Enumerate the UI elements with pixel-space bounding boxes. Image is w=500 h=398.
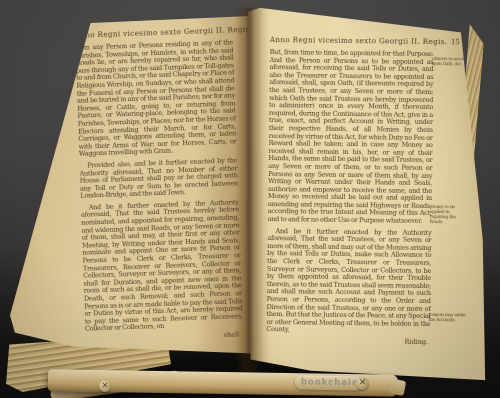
right-paragraph: And be it further enacted by the Authori… (266, 228, 431, 336)
right-catchword: Riding. (266, 336, 430, 346)
right-running-header: Anno Regni vicesimo sexto Georgii II. Re… (270, 35, 434, 46)
left-paragraph: Provided also, and be it further enacted… (79, 157, 238, 200)
left-running-header: Anno Regni vicesimo sexto Georgii II. Re… (75, 25, 233, 40)
left-paragraph: from any Person or Persons residing in a… (75, 39, 237, 158)
screw-cross-glyph: ✕ (359, 379, 367, 388)
photo-of-open-book-on-stand: 14 Anno Regni vicesimo sexto Georgii II.… (0, 0, 500, 398)
margin-note: Officers to account upon Oath, &c. (432, 57, 470, 67)
margin-note: Justices may settle the Accounts. (428, 313, 466, 323)
left-page: 14 Anno Regni vicesimo sexto Georgii II.… (10, 16, 254, 364)
bookstand-bar-end-cap (389, 378, 407, 396)
screw-cross-glyph: ✕ (102, 382, 109, 390)
right-page-number: 15 (451, 38, 460, 46)
left-page-number: 14 (59, 44, 68, 52)
margin-note: Money to be applied in repairing the Roa… (430, 205, 468, 225)
brand-plate: bookchair (295, 375, 363, 390)
right-page-text: 15 Anno Regni vicesimo sexto Georgii II.… (266, 35, 434, 346)
right-paragraph: But, from time to time, be appointed for… (268, 49, 434, 226)
right-page: 15 Anno Regni vicesimo sexto Georgii II.… (248, 6, 490, 382)
left-paragraph: And be it further enacted by the Authori… (81, 199, 243, 334)
brand-label: bookchair (301, 378, 358, 389)
left-page-text: 14 Anno Regni vicesimo sexto Georgii II.… (75, 25, 244, 343)
screw-icon: ✕ (356, 377, 369, 390)
book-gutter-shadow (235, 8, 263, 372)
screw-icon: ✕ (99, 380, 111, 392)
